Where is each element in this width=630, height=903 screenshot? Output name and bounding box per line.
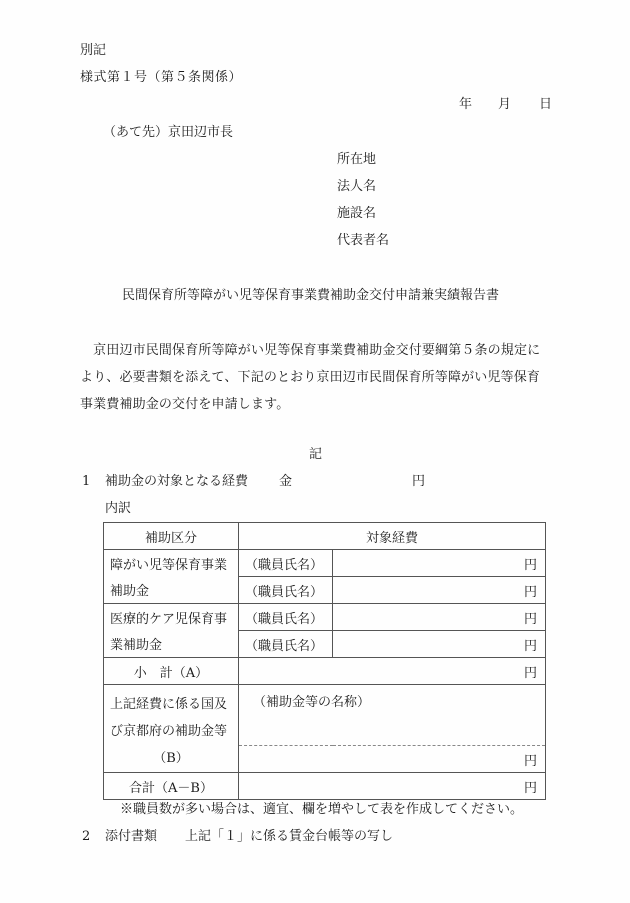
total-row: 合計（A－B） 円 (104, 773, 546, 800)
amount-cell[interactable]: 円 (333, 631, 546, 658)
other-label-line1: 上記経費に係る国及 (104, 691, 238, 718)
body-line-2: より、必要書類を添えて、下記のとおり京田辺市民間保育所等障がい児等保育 (80, 371, 540, 384)
amount-cell[interactable]: 円 (333, 550, 546, 577)
table-row: 医療的ケア児保育事 （職員氏名） 円 (104, 604, 546, 631)
staff-name-cell: （職員氏名） (239, 577, 333, 604)
field-facility: 施設名 (337, 207, 376, 220)
header-expense: 対象経費 (239, 523, 546, 550)
annex-label: 別記 (80, 44, 106, 57)
ki-heading: 記 (309, 448, 322, 461)
field-corporation: 法人名 (337, 180, 376, 193)
subtotal-row: 小 計（A） 円 (104, 658, 546, 685)
header-category: 補助区分 (104, 523, 239, 550)
breakdown-label: 内訳 (105, 502, 131, 515)
subtotal-label: 小 計（A） (104, 658, 239, 685)
table-row: 補助金 （職員氏名） 円 (104, 577, 546, 604)
other-subsidy-amount[interactable]: 円 (239, 746, 546, 773)
section1-number: 1 (82, 475, 90, 488)
addressee: （あて先）京田辺市長 (103, 126, 233, 139)
date-month: 月 (498, 98, 511, 111)
field-representative: 代表者名 (337, 234, 389, 247)
body-line-1: 京田辺市民間保育所等障がい児等保育事業費補助金交付要綱第５条の規定に (80, 344, 540, 357)
other-subsidy-row: 上記経費に係る国及 び京都府の補助金等 （B） （補助金等の名称） (104, 685, 546, 746)
amount-cell[interactable]: 円 (333, 577, 546, 604)
staff-name-cell: （職員氏名） (239, 631, 333, 658)
table-row: 業補助金 （職員氏名） 円 (104, 631, 546, 658)
document-title: 民間保育所等障がい児等保育事業費補助金交付申請兼実績報告書 (122, 289, 499, 302)
staff-name-cell: （職員氏名） (239, 604, 333, 631)
section2-number: 2 (82, 830, 90, 843)
group2-label-line2: 業補助金 (104, 631, 239, 658)
body-line-3: 事業費補助金の交付を申請します。 (80, 398, 289, 411)
table-note: ※職員数が多い場合は、適宜、欄を増やして表を作成してください。 (120, 803, 523, 816)
group2-label-line1: 医療的ケア児保育事 (104, 604, 239, 631)
other-subsidy-name-cell[interactable]: （補助金等の名称） (239, 685, 546, 746)
date-year: 年 (459, 98, 472, 111)
total-label: 合計（A－B） (104, 773, 239, 800)
section2-label: 添付書類 (105, 830, 157, 843)
expense-table: 補助区分 対象経費 障がい児等保育事業 （職員氏名） 円 補助金 （職員氏名） … (103, 522, 546, 800)
total-amount[interactable]: 円 (239, 773, 546, 800)
staff-name-cell: （職員氏名） (239, 550, 333, 577)
form-number: 様式第１号（第５条関係） (80, 71, 242, 84)
other-label-line2: び京都府の補助金等 (104, 718, 238, 745)
table-row: 障がい児等保育事業 （職員氏名） 円 (104, 550, 546, 577)
amount-cell[interactable]: 円 (333, 604, 546, 631)
other-subsidy-label-cell: 上記経費に係る国及 び京都府の補助金等 （B） (104, 685, 239, 773)
field-address: 所在地 (337, 153, 376, 166)
section2-value: 上記「１」に係る賃金台帳等の写し (185, 830, 393, 843)
group1-label-line1: 障がい児等保育事業 (104, 550, 239, 577)
section1-amount-prefix: 金 (279, 475, 292, 488)
section1-yen: 円 (412, 475, 425, 488)
table-header-row: 補助区分 対象経費 (104, 523, 546, 550)
other-label-line3: （B） (104, 745, 238, 772)
group1-label-line2: 補助金 (104, 577, 239, 604)
section1-label: 補助金の対象となる経費 (105, 475, 248, 488)
date-day: 日 (539, 98, 552, 111)
subtotal-amount[interactable]: 円 (239, 658, 546, 685)
